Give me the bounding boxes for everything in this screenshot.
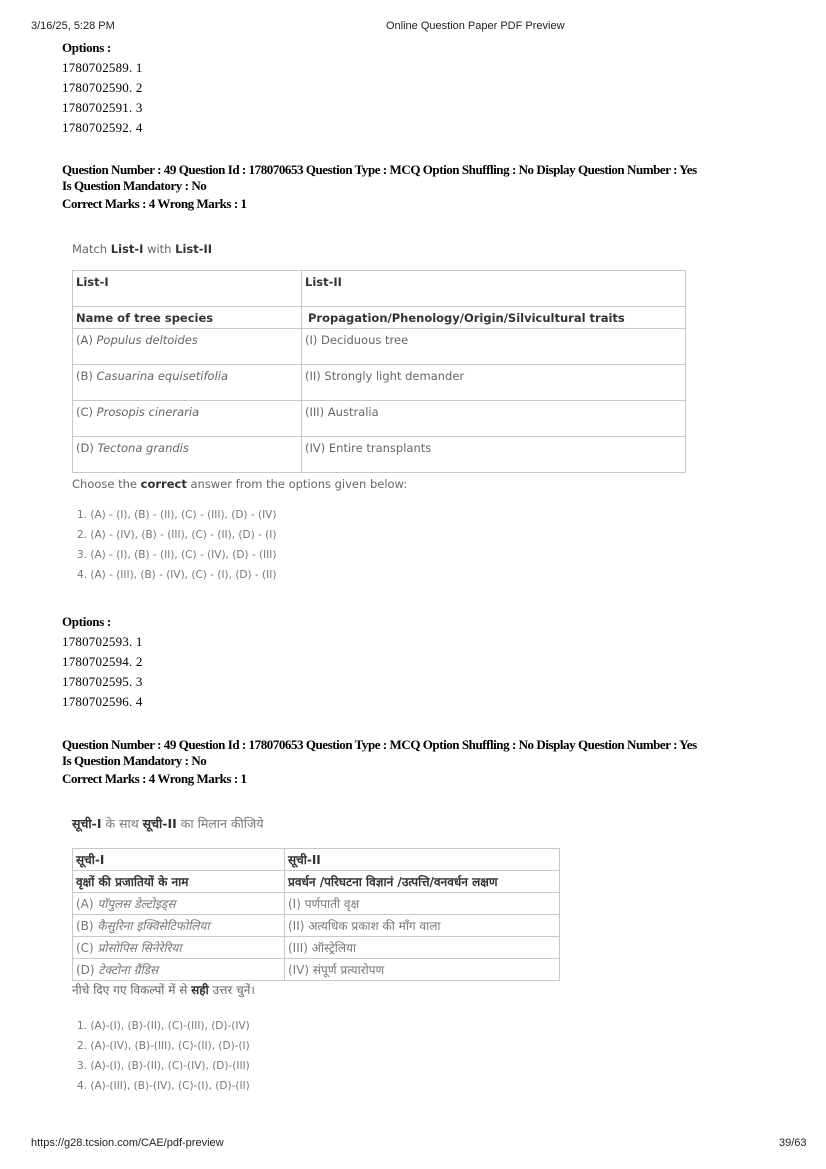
match-table: सूची-I सूची-II वृक्षों की प्रजातियों के … [72, 848, 560, 981]
answer-choices: 1. (A) - (I), (B) - (II), (C) - (III), (… [72, 505, 686, 585]
prompt-text: के साथ [101, 816, 142, 831]
table-cell: सूची-II [285, 849, 560, 871]
table-cell: वृक्षों की प्रजातियों के नाम [73, 871, 285, 893]
choose-instruction: Choose the correct answer from the optio… [72, 477, 686, 491]
page-url: https://g28.tcsion.com/CAE/pdf-preview [31, 1137, 224, 1149]
answer-choice: 1. (A) - (I), (B) - (II), (C) - (III), (… [77, 505, 686, 525]
table-cell: (III) Australia [302, 401, 686, 437]
table-row: (C) प्रोसोपिस सिनेरेरिया (III) ऑस्ट्रेलि… [73, 937, 560, 959]
row-label: (D) [76, 441, 97, 455]
table-cell: (IV) Entire transplants [302, 437, 686, 473]
option-item: 1780702593. 1 [62, 632, 143, 652]
question-marks: Correct Marks : 4 Wrong Marks : 1 [62, 771, 697, 787]
answer-choice: 4. (A)-(III), (B)-(IV), (C)-(I), (D)-(II… [77, 1076, 560, 1096]
table-cell: (I) Deciduous tree [302, 329, 686, 365]
row-label: (B) [76, 369, 97, 383]
table-cell: (C) प्रोसोपिस सिनेरेरिया [73, 937, 285, 959]
prompt-bold: सूची-I [72, 816, 101, 831]
option-item: 1780702595. 3 [62, 672, 143, 692]
row-label: (A) [76, 333, 97, 347]
table-cell: प्रवर्धन /परिघटना विज्ञानं /उत्पत्ति/वनव… [285, 871, 560, 893]
table-subheader-row: वृक्षों की प्रजातियों के नाम प्रवर्धन /प… [73, 871, 560, 893]
question-meta-hi: Question Number : 49 Question Id : 17807… [62, 737, 697, 787]
option-item: 1780702594. 2 [62, 652, 143, 672]
table-cell: List-I [73, 271, 302, 307]
question-meta-line: Question Number : 49 Question Id : 17807… [62, 737, 697, 753]
question-marks: Correct Marks : 4 Wrong Marks : 1 [62, 196, 697, 212]
question-mandatory: Is Question Mandatory : No [62, 753, 697, 769]
instruction-bold: सही [191, 983, 209, 997]
table-row: (B) Casuarina equisetifolia (II) Strongl… [73, 365, 686, 401]
table-row: (C) Prosopis cineraria (III) Australia [73, 401, 686, 437]
table-row: (D) टेक्टोना ग्रैंडिस (IV) संपूर्ण प्रत्… [73, 959, 560, 981]
table-header-row: सूची-I सूची-II [73, 849, 560, 871]
prompt-bold: List-II [175, 242, 212, 256]
prompt-bold: List-I [111, 242, 144, 256]
table-cell: (C) Prosopis cineraria [73, 401, 302, 437]
table-cell: (IV) संपूर्ण प्रत्यारोपण [285, 959, 560, 981]
option-item: 1780702589. 1 [62, 58, 143, 78]
page-title: Online Question Paper PDF Preview [386, 20, 565, 32]
print-datetime: 3/16/25, 5:28 PM [31, 20, 115, 32]
table-row: (D) Tectona grandis (IV) Entire transpla… [73, 437, 686, 473]
instruction-bold: correct [141, 477, 187, 491]
table-cell: (D) टेक्टोना ग्रैंडिस [73, 959, 285, 981]
table-row: (A) पॉपुलस डेल्टोइड्स (I) पर्णपाती वृक्ष [73, 893, 560, 915]
question-prompt: सूची-I के साथ सूची-II का मिलान कीजिये [72, 815, 560, 832]
table-cell: सूची-I [73, 849, 285, 871]
option-item: 1780702591. 3 [62, 98, 143, 118]
table-cell: Name of tree species [73, 307, 302, 329]
table-cell: (A) पॉपुलस डेल्टोइड्स [73, 893, 285, 915]
answer-choice: 2. (A)-(IV), (B)-(III), (C)-(II), (D)-(I… [77, 1036, 560, 1056]
option-item: 1780702592. 4 [62, 118, 143, 138]
previous-options: Options : 1780702589. 1 1780702590. 2 17… [62, 40, 143, 138]
row-label: (C) [76, 941, 98, 955]
page-number: 39/63 [779, 1137, 807, 1149]
species-name: Casuarina equisetifolia [97, 369, 228, 383]
question-body-hi: सूची-I के साथ सूची-II का मिलान कीजिये सू… [72, 815, 560, 1096]
table-header-row: List-I List-II [73, 271, 686, 307]
prompt-bold: सूची-II [143, 816, 177, 831]
question-meta-en: Question Number : 49 Question Id : 17807… [62, 162, 697, 212]
table-cell: List-II [302, 271, 686, 307]
instruction-text: उत्तर चुनें। [209, 983, 255, 997]
table-cell: (III) ऑस्ट्रेलिया [285, 937, 560, 959]
species-name: Prosopis cineraria [97, 405, 200, 419]
match-table: List-I List-II Name of tree species Prop… [72, 270, 686, 473]
instruction-text: Choose the [72, 477, 141, 491]
table-row: (B) कैसुरिना इक्विसेटिफोलिया (II) अत्यधि… [73, 915, 560, 937]
species-name: Tectona grandis [97, 441, 188, 455]
instruction-text: answer from the options given below: [187, 477, 407, 491]
question-options-en: Options : 1780702593. 1 1780702594. 2 17… [62, 614, 143, 712]
option-item: 1780702590. 2 [62, 78, 143, 98]
prompt-text: का मिलान कीजिये [177, 816, 264, 831]
table-row: (A) Populus deltoides (I) Deciduous tree [73, 329, 686, 365]
question-body-en: Match List-I with List-II List-I List-II… [72, 242, 686, 585]
answer-choice: 3. (A) - (I), (B) - (II), (C) - (IV), (D… [77, 545, 686, 565]
table-cell: Propagation/Phenology/Origin/Silvicultur… [302, 307, 686, 329]
options-title: Options : [62, 40, 143, 56]
species-name: प्रोसोपिस सिनेरेरिया [98, 941, 182, 955]
question-prompt: Match List-I with List-II [72, 242, 686, 256]
answer-choices: 1. (A)-(I), (B)-(II), (C)-(III), (D)-(IV… [72, 1016, 560, 1096]
option-item: 1780702596. 4 [62, 692, 143, 712]
question-meta-line: Question Number : 49 Question Id : 17807… [62, 162, 697, 178]
table-cell: (B) कैसुरिना इक्विसेटिफोलिया [73, 915, 285, 937]
question-mandatory: Is Question Mandatory : No [62, 178, 697, 194]
row-label: (C) [76, 405, 97, 419]
answer-choice: 3. (A)-(I), (B)-(II), (C)-(IV), (D)-(III… [77, 1056, 560, 1076]
row-label: (B) [76, 919, 97, 933]
species-name: पॉपुलस डेल्टोइड्स [97, 897, 175, 911]
choose-instruction: नीचे दिए गए विकल्पों में से सही उत्तर चु… [72, 981, 560, 998]
species-name: Populus deltoides [97, 333, 198, 347]
answer-choice: 4. (A) - (III), (B) - (IV), (C) - (I), (… [77, 565, 686, 585]
table-cell: (II) अत्यधिक प्रकाश की माँग वाला [285, 915, 560, 937]
row-label: (A) [76, 897, 97, 911]
table-cell: (A) Populus deltoides [73, 329, 302, 365]
species-name: कैसुरिना इक्विसेटिफोलिया [97, 919, 209, 933]
table-cell: (B) Casuarina equisetifolia [73, 365, 302, 401]
prompt-text: with [143, 242, 175, 256]
species-name: टेक्टोना ग्रैंडिस [98, 963, 158, 977]
row-label: (D) [76, 963, 98, 977]
table-cell: (II) Strongly light demander [302, 365, 686, 401]
table-cell: (I) पर्णपाती वृक्ष [285, 893, 560, 915]
options-title: Options : [62, 614, 143, 630]
answer-choice: 2. (A) - (IV), (B) - (III), (C) - (II), … [77, 525, 686, 545]
prompt-text: Match [72, 242, 111, 256]
answer-choice: 1. (A)-(I), (B)-(II), (C)-(III), (D)-(IV… [77, 1016, 560, 1036]
table-subheader-row: Name of tree species Propagation/Phenolo… [73, 307, 686, 329]
table-cell: (D) Tectona grandis [73, 437, 302, 473]
instruction-text: नीचे दिए गए विकल्पों में से [72, 983, 191, 997]
